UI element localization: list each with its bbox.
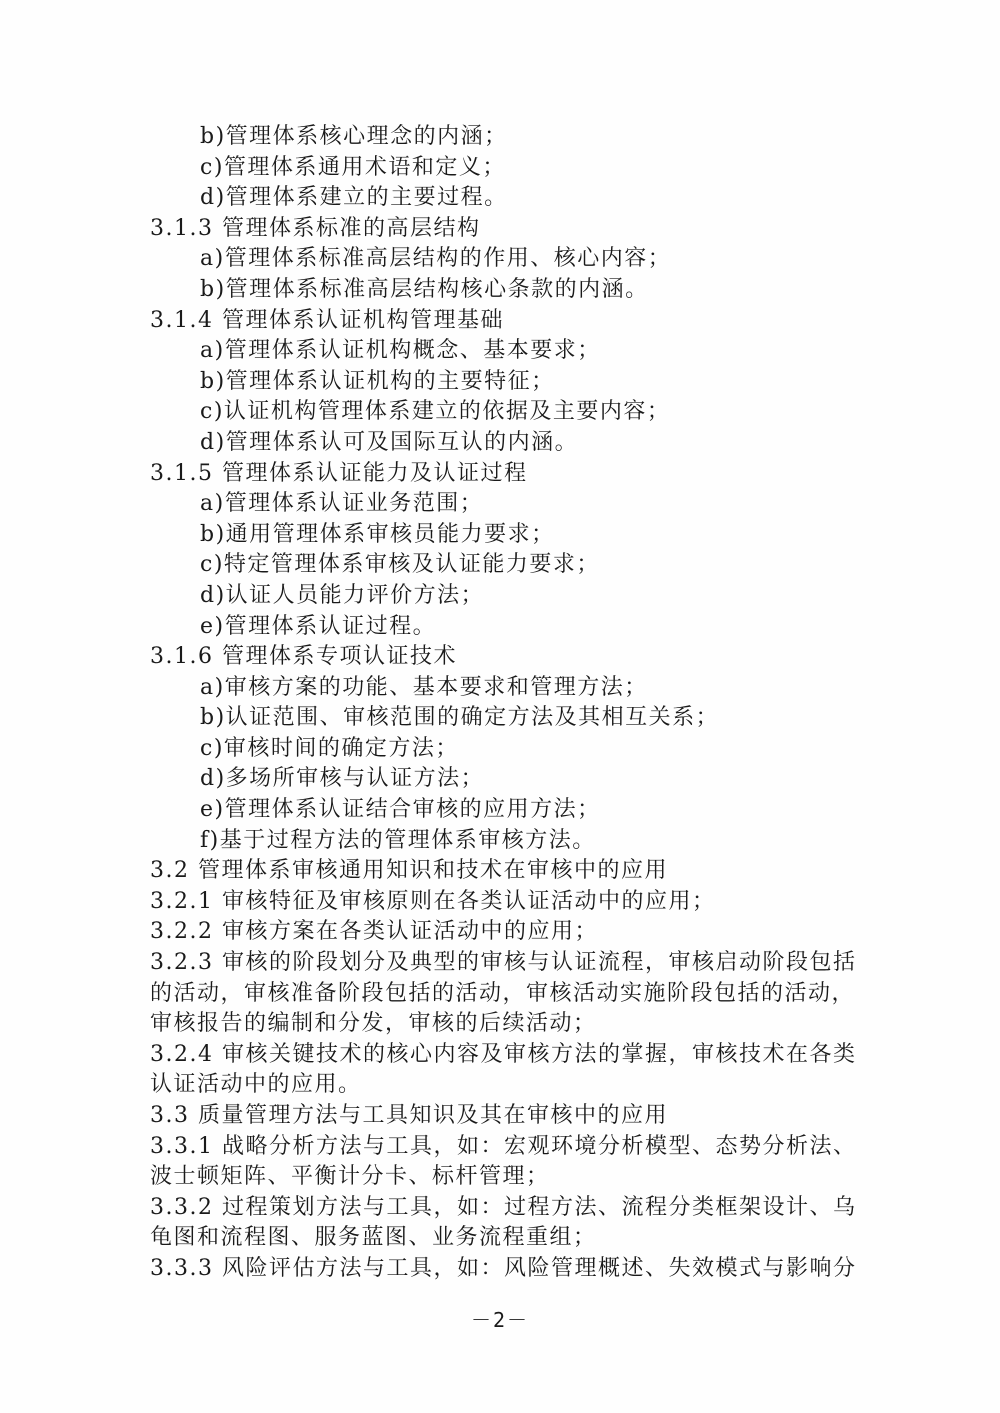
list-item: c)审核时间的确定方法；	[150, 734, 866, 765]
section-heading-3-1-6: 3.1.6 管理体系专项认证技术	[150, 642, 866, 673]
list-item: f)基于过程方法的管理体系审核方法。	[150, 826, 866, 857]
paragraph-3-2-3: 3.2.3 审核的阶段划分及典型的审核与认证流程，审核启动阶段包括 的活动，审核…	[150, 948, 866, 1040]
list-item: d)认证人员能力评价方法；	[150, 581, 866, 612]
section-heading-3-3: 3.3 质量管理方法与工具知识及其在审核中的应用	[150, 1101, 866, 1132]
paragraph-3-2-4: 3.2.4 审核关键技术的核心内容及审核方法的掌握，审核技术在各类 认证活动中的…	[150, 1040, 866, 1101]
section-heading-3-1-5: 3.1.5 管理体系认证能力及认证过程	[150, 459, 866, 490]
paragraph-line: 波士顿矩阵、平衡计分卡、标杆管理；	[150, 1162, 866, 1193]
paragraph-line: 3.3.1 战略分析方法与工具，如：宏观环境分析模型、态势分析法、	[150, 1132, 866, 1163]
list-item: a)审核方案的功能、基本要求和管理方法；	[150, 673, 866, 704]
section-item-3-2-2: 3.2.2 审核方案在各类认证活动中的应用；	[150, 917, 866, 948]
paragraph-line: 3.3.3 风险评估方法与工具，如：风险管理概述、失效模式与影响分	[150, 1254, 866, 1285]
paragraph-line: 审核报告的编制和分发，审核的后续活动；	[150, 1009, 866, 1040]
section-item-3-2-1: 3.2.1 审核特征及审核原则在各类认证活动中的应用；	[150, 887, 866, 918]
section-heading-3-1-4: 3.1.4 管理体系认证机构管理基础	[150, 306, 866, 337]
paragraph-3-3-3: 3.3.3 风险评估方法与工具，如：风险管理概述、失效模式与影响分	[150, 1254, 866, 1285]
list-item: b)认证范围、审核范围的确定方法及其相互关系；	[150, 703, 866, 734]
paragraph-line: 的活动，审核准备阶段包括的活动，审核活动实施阶段包括的活动，	[150, 979, 866, 1010]
paragraph-3-3-2: 3.3.2 过程策划方法与工具，如：过程方法、流程分类框架设计、乌 龟图和流程图…	[150, 1193, 866, 1254]
paragraph-line: 3.2.3 审核的阶段划分及典型的审核与认证流程，审核启动阶段包括	[150, 948, 866, 979]
list-item: d)多场所审核与认证方法；	[150, 764, 866, 795]
list-item: c)认证机构管理体系建立的依据及主要内容；	[150, 397, 866, 428]
list-item: b)通用管理体系审核员能力要求；	[150, 520, 866, 551]
document-body: b)管理体系核心理念的内涵； c)管理体系通用术语和定义； d)管理体系建立的主…	[150, 122, 866, 1285]
list-item: a)管理体系认证业务范围；	[150, 489, 866, 520]
list-item-c-terms: c)管理体系通用术语和定义；	[150, 153, 866, 184]
list-item: e)管理体系认证过程。	[150, 612, 866, 643]
section-heading-3-2: 3.2 管理体系审核通用知识和技术在审核中的应用	[150, 856, 866, 887]
list-item: a)管理体系认证机构概念、基本要求；	[150, 336, 866, 367]
paragraph-line: 龟图和流程图、服务蓝图、业务流程重组；	[150, 1223, 866, 1254]
list-item-d-processes: d)管理体系建立的主要过程。	[150, 183, 866, 214]
list-item: b)管理体系认证机构的主要特征；	[150, 367, 866, 398]
page-number: －2－	[0, 1304, 1000, 1333]
paragraph-line: 认证活动中的应用。	[150, 1070, 866, 1101]
section-heading-3-1-3: 3.1.3 管理体系标准的高层结构	[150, 214, 866, 245]
document-page: b)管理体系核心理念的内涵； c)管理体系通用术语和定义； d)管理体系建立的主…	[0, 0, 1000, 1413]
paragraph-3-3-1: 3.3.1 战略分析方法与工具，如：宏观环境分析模型、态势分析法、 波士顿矩阵、…	[150, 1132, 866, 1193]
paragraph-line: 3.2.4 审核关键技术的核心内容及审核方法的掌握，审核技术在各类	[150, 1040, 866, 1071]
list-item: e)管理体系认证结合审核的应用方法；	[150, 795, 866, 826]
list-item-b-core-concepts: b)管理体系核心理念的内涵；	[150, 122, 866, 153]
list-item: a)管理体系标准高层结构的作用、核心内容；	[150, 244, 866, 275]
paragraph-line: 3.3 质量管理方法与工具知识及其在审核中的应用	[150, 1101, 866, 1132]
list-item: c)特定管理体系审核及认证能力要求；	[150, 550, 866, 581]
paragraph-line: 3.3.2 过程策划方法与工具，如：过程方法、流程分类框架设计、乌	[150, 1193, 866, 1224]
list-item: d)管理体系认可及国际互认的内涵。	[150, 428, 866, 459]
list-item: b)管理体系标准高层结构核心条款的内涵。	[150, 275, 866, 306]
